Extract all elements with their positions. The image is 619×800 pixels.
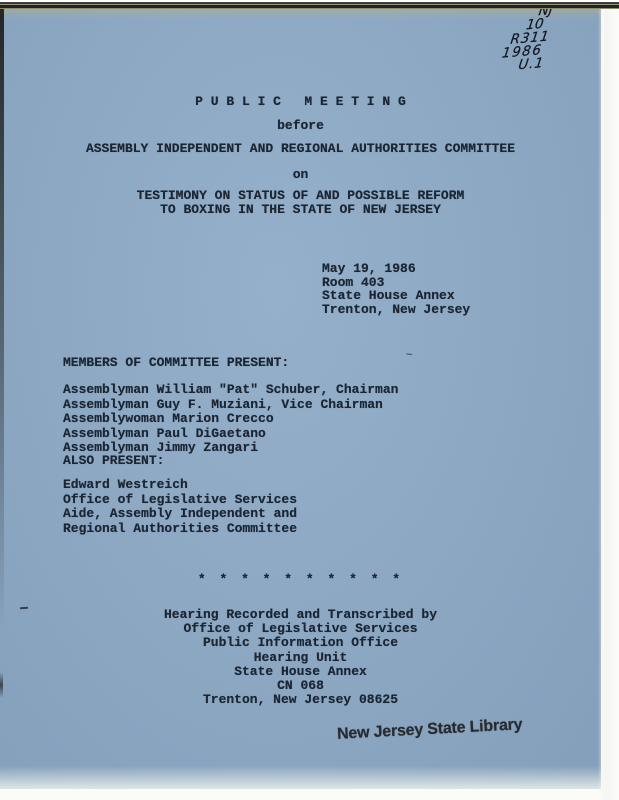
scanned-document-page: NJ 10 R311 1986 U.1 P U B L I C M E E T … bbox=[0, 0, 619, 800]
before-label: before bbox=[0, 119, 601, 134]
member-name: Assemblyman William "Pat" Schuber, Chair… bbox=[63, 383, 398, 398]
also-present-line: Edward Westreich bbox=[63, 478, 297, 493]
member-name: Assemblywoman Marion Crecco bbox=[63, 412, 398, 427]
scan-left-border bbox=[0, 9, 4, 629]
scan-top-border bbox=[0, 0, 619, 9]
transcription-note-line: Trenton, New Jersey 08625 bbox=[0, 693, 601, 707]
member-name: Assemblyman Guy F. Muziani, Vice Chairma… bbox=[63, 398, 398, 413]
on-label: on bbox=[0, 168, 601, 183]
members-present-list: Assemblyman William "Pat" Schuber, Chair… bbox=[63, 383, 398, 456]
members-present-heading: MEMBERS OF COMMITTEE PRESENT: bbox=[63, 356, 289, 371]
also-present-list: Edward Westreich Office of Legislative S… bbox=[63, 478, 297, 536]
also-present-heading: ALSO PRESENT: bbox=[63, 454, 164, 469]
page-right-edge bbox=[598, 9, 619, 800]
transcription-note-line: Hearing Recorded and Transcribed by bbox=[0, 608, 601, 622]
transcription-note-line: CN 068 bbox=[0, 679, 601, 693]
also-present-line: Regional Authorities Committee bbox=[63, 522, 297, 537]
meeting-type-title: P U B L I C M E E T I N G bbox=[0, 95, 601, 110]
meeting-building: State House Annex bbox=[322, 289, 470, 303]
transcription-note-line: Hearing Unit bbox=[0, 651, 601, 665]
meeting-date: May 19, 1986 bbox=[322, 262, 470, 276]
transcription-note-block: Hearing Recorded and Transcribed by Offi… bbox=[0, 608, 601, 707]
also-present-line: Aide, Assembly Independent and bbox=[63, 507, 297, 522]
transcription-note-line: Office of Legislative Services bbox=[0, 622, 601, 636]
scan-left-smudge bbox=[0, 672, 3, 698]
committee-name: ASSEMBLY INDEPENDENT AND REGIONAL AUTHOR… bbox=[0, 142, 601, 157]
member-name: Assemblyman Paul DiGaetano bbox=[63, 427, 398, 442]
transcription-note-line: Public Information Office bbox=[0, 636, 601, 650]
document-paper: NJ 10 R311 1986 U.1 P U B L I C M E E T … bbox=[0, 9, 601, 789]
stray-tilde-mark: ~ bbox=[406, 350, 413, 362]
meeting-details-block: May 19, 1986 Room 403 State House Annex … bbox=[322, 262, 470, 316]
meeting-room: Room 403 bbox=[322, 276, 470, 290]
library-stamp: New Jersey State Library bbox=[337, 716, 523, 744]
also-present-line: Office of Legislative Services bbox=[63, 493, 297, 508]
subject-line-2: TO BOXING IN THE STATE OF NEW JERSEY bbox=[0, 203, 601, 218]
library-call-number: NJ 10 R311 1986 U.1 bbox=[487, 2, 576, 75]
meeting-city: Trenton, New Jersey bbox=[322, 303, 470, 317]
transcription-note-line: State House Annex bbox=[0, 665, 601, 679]
star-separator: * * * * * * * * * * bbox=[0, 573, 601, 588]
